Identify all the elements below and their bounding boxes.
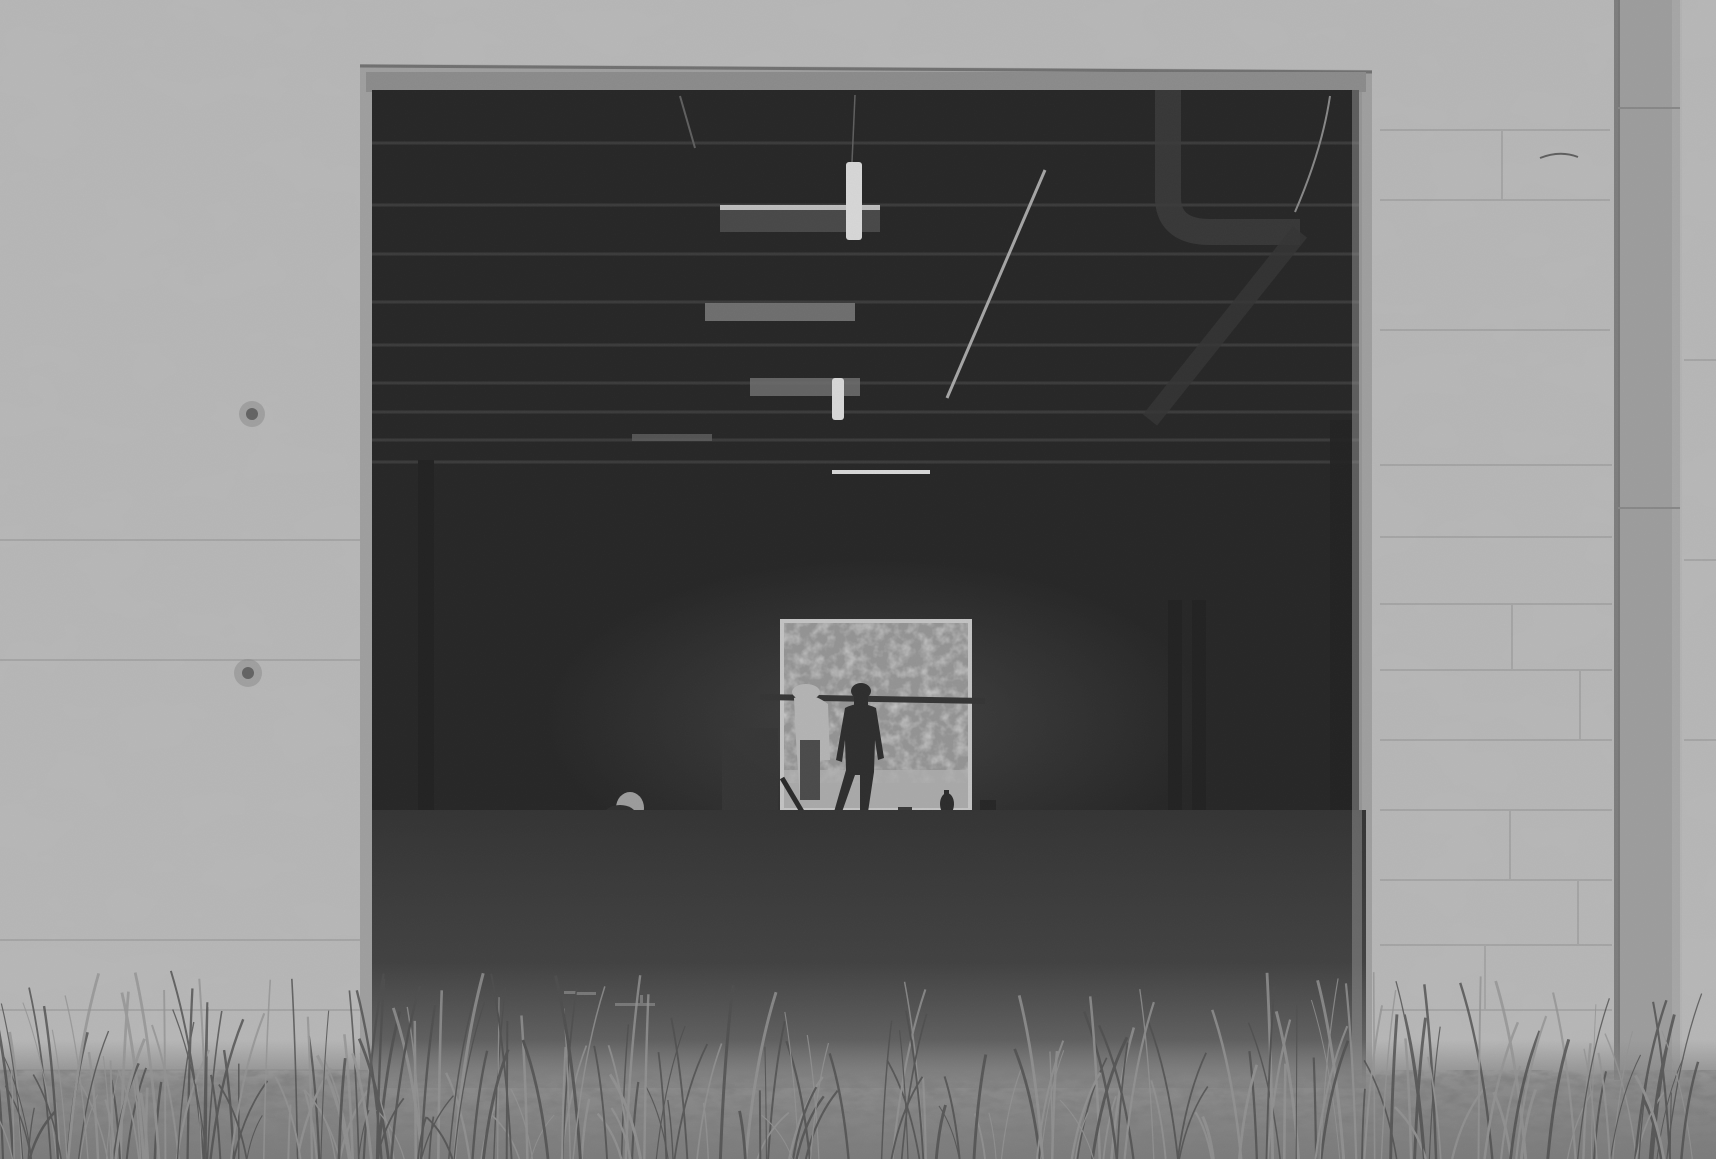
film-grain <box>0 0 1716 1159</box>
warehouse-photo <box>0 0 1716 1159</box>
